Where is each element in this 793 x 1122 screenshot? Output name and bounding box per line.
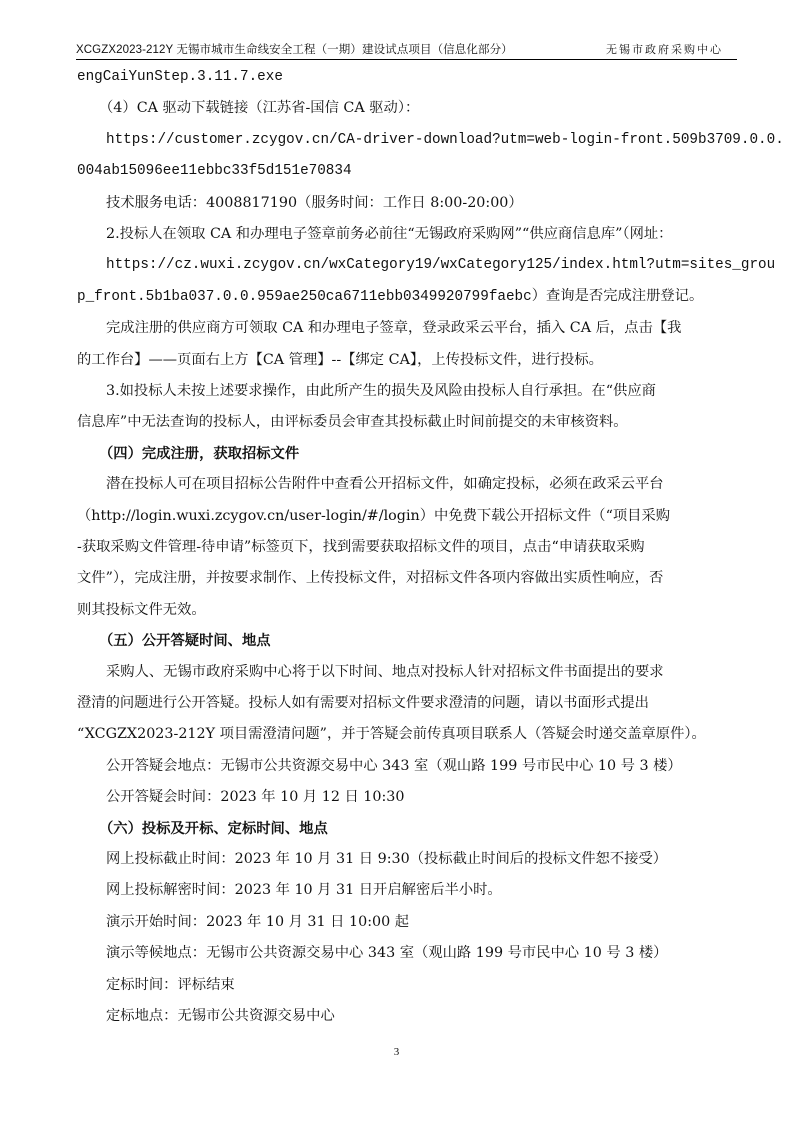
header-organization: 无锡市政府采购中心 bbox=[606, 41, 723, 57]
text-line: 澄清的问题进行公开答疑。投标人如有需要对招标文件要求澄清的问题，请以书面形式提出 bbox=[77, 688, 738, 719]
bid-deadline: 网上投标截止时间：2023 年 10 月 31 日 9:30（投标截止时间后的投… bbox=[77, 844, 738, 875]
item-label: 网上投标解密时间： bbox=[106, 882, 235, 898]
document-body: engCaiYunStep.3.11.7.exe （4）CA 驱动下载链接（江苏… bbox=[77, 62, 738, 1032]
item-label: 定标时间： bbox=[106, 977, 177, 993]
item-label: 演示开始时间： bbox=[106, 914, 206, 930]
item-value: 2023 年 10 月 31 日 10:00 起 bbox=[206, 914, 409, 930]
page-number: 3 bbox=[0, 1046, 793, 1058]
text-line: engCaiYunStep.3.11.7.exe bbox=[77, 62, 738, 93]
item-value: 无锡市公共资源交易中心 bbox=[177, 1008, 334, 1024]
page-header: XCGZX2023-212Y 无锡市城市生命线安全工程（一期）建设试点项目（信息… bbox=[76, 40, 737, 60]
award-location: 定标地点：无锡市公共资源交易中心 bbox=[77, 1001, 738, 1032]
text-line: 文件”），完成注册，并按要求制作、上传投标文件，对招标文件各项内容做出实质性响应… bbox=[77, 563, 738, 594]
qa-time-value: 2023 年 10 月 12 日 10:30 bbox=[220, 789, 404, 805]
qa-location: 公开答疑会地点：无锡市公共资源交易中心 343 室（观山路 199 号市民中心 … bbox=[77, 751, 738, 782]
text-line: （http://login.wuxi.zcygov.cn/user-login/… bbox=[77, 501, 738, 532]
qa-time: 公开答疑会时间：2023 年 10 月 12 日 10:30 bbox=[77, 782, 738, 813]
qa-time-label: 公开答疑会时间： bbox=[106, 789, 220, 805]
section-6-heading: （六）投标及开标、定标时间、地点 bbox=[77, 814, 738, 845]
bid-decrypt-time: 网上投标解密时间：2023 年 10 月 31 日开启解密后半小时。 bbox=[77, 875, 738, 906]
ca-driver-url-cont: 004ab15096ee11ebbc33f5d151e70834 bbox=[77, 156, 738, 187]
demo-waiting-location: 演示等候地点：无锡市公共资源交易中心 343 室（观山路 199 号市民中心 1… bbox=[77, 938, 738, 969]
text-line: “XCGZX2023-212Y 项目需澄清问题”，并于答疑会前传真项目联系人（答… bbox=[77, 719, 738, 750]
qa-location-value: 无锡市公共资源交易中心 343 室（观山路 199 号市民中心 10 号 3 楼… bbox=[220, 758, 681, 774]
text-line: 信息库”中无法查询的投标人，由评标委员会审查其投标截止时间前提交的未审核资料。 bbox=[77, 407, 738, 438]
supplier-db-url: https://cz.wuxi.zcygov.cn/wxCategory19/w… bbox=[77, 250, 738, 281]
text-line: 3.如投标人未按上述要求操作，由此所产生的损失及风险由投标人自行承担。在“供应商 bbox=[77, 376, 738, 407]
item-value: 2023 年 10 月 31 日 9:30（投标截止时间后的投标文件恕不接受） bbox=[235, 851, 667, 867]
demo-start-time: 演示开始时间：2023 年 10 月 31 日 10:00 起 bbox=[77, 907, 738, 938]
text-line: 的工作台】——页面右上方【CA 管理】--【绑定 CA】，上传投标文件，进行投标… bbox=[77, 345, 738, 376]
item-label: 演示等候地点： bbox=[106, 945, 206, 961]
qa-location-label: 公开答疑会地点： bbox=[106, 758, 220, 774]
award-time: 定标时间：评标结束 bbox=[77, 970, 738, 1001]
item-value: 2023 年 10 月 31 日开启解密后半小时。 bbox=[235, 882, 502, 898]
text-line: （4）CA 驱动下载链接（江苏省-国信 CA 驱动）： bbox=[77, 93, 738, 124]
item-label: 网上投标截止时间： bbox=[106, 851, 235, 867]
text-line: 完成注册的供应商方可领取 CA 和办理电子签章，登录政采云平台，插入 CA 后，… bbox=[77, 313, 738, 344]
text-line: 技术服务电话：4008817190（服务时间：工作日 8:00-20:00） bbox=[77, 188, 738, 219]
header-project-title: XCGZX2023-212Y 无锡市城市生命线安全工程（一期）建设试点项目（信息… bbox=[76, 41, 513, 57]
item-label: 定标地点： bbox=[106, 1008, 177, 1024]
supplier-db-url-cont: p_front.5b1ba037.0.0.959ae250ca6711ebb03… bbox=[77, 282, 738, 313]
ca-driver-url: https://customer.zcygov.cn/CA-driver-dow… bbox=[77, 125, 738, 156]
text-line: 采购人、无锡市政府采购中心将于以下时间、地点对投标人针对招标文件书面提出的要求 bbox=[77, 657, 738, 688]
text-line: 则其投标文件无效。 bbox=[77, 595, 738, 626]
item-value: 无锡市公共资源交易中心 343 室（观山路 199 号市民中心 10 号 3 楼… bbox=[206, 945, 667, 961]
item-value: 评标结束 bbox=[177, 977, 234, 993]
text-line: -获取采购文件管理-待申请”标签页下，找到需要获取招标文件的项目，点击“申请获取… bbox=[77, 532, 738, 563]
text-line: 潜在投标人可在项目招标公告附件中查看公开招标文件，如确定投标，必须在政采云平台 bbox=[77, 469, 738, 500]
document-page: XCGZX2023-212Y 无锡市城市生命线安全工程（一期）建设试点项目（信息… bbox=[0, 0, 793, 1122]
section-4-heading: （四）完成注册，获取招标文件 bbox=[77, 439, 738, 470]
text-line: 2.投标人在领取 CA 和办理电子签章前务必前往“无锡政府采购网”“供应商信息库… bbox=[77, 219, 738, 250]
section-5-heading: （五）公开答疑时间、地点 bbox=[77, 626, 738, 657]
